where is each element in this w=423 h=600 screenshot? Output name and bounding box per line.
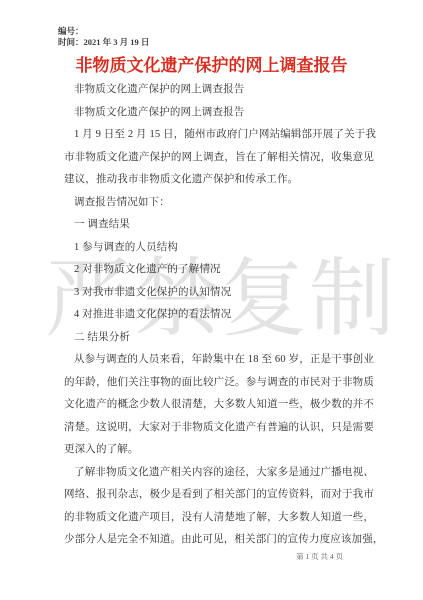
paragraph-line: 的非物质文化遗产项目，没有人清楚地了解，大多数人知道一些，: [64, 507, 374, 530]
paragraph: 一 调查结果: [64, 214, 374, 237]
paragraph-line: 了解非物质文化遗产相关内容的途径，大家多是通过广播电视、: [64, 462, 374, 485]
paragraph-line: 更深入的了解。: [64, 439, 374, 462]
paragraph-line: 非物质文化遗产保护的网上调查报告: [64, 102, 374, 125]
paragraph-line: 建议，推动我市非物质文化遗产保护和传承工作。: [64, 169, 374, 192]
paragraph-line: 市非物质文化遗产保护的网上调查，旨在了解相关情况，收集意见: [64, 147, 374, 170]
paragraph: 调查报告情况如下：: [64, 192, 374, 215]
paragraph: 1 月 9 日至 2 月 15 日，随州市政府门户网站编辑部开展了关于我市非物质…: [64, 124, 374, 192]
paragraph-line: 从参与调查的人员来看，年龄集中在 18 至 60 岁，正是干事创业: [64, 349, 374, 372]
doc-date-line: 时间：2021 年 3 月 19 日: [58, 37, 149, 48]
paragraph-line: 二 结果分析: [64, 327, 374, 350]
doc-body: 非物质文化遗产保护的网上调查报告非物质文化遗产保护的网上调查报告1 月 9 日至…: [64, 79, 374, 552]
paragraph: 非物质文化遗产保护的网上调查报告: [64, 102, 374, 125]
paragraph-line: 4 对推进非遗文化保护的看法情况: [64, 304, 374, 327]
paragraph-line: 的年龄，他们关注事物的面比较广泛。参与调查的市民对于非物质: [64, 372, 374, 395]
paragraph: 二 结果分析: [64, 327, 374, 350]
paragraph-line: 少部分人是完全不知道。由此可见，相关部门的宣传力度应该加强，: [64, 529, 374, 552]
paragraph: 非物质文化遗产保护的网上调查报告: [64, 79, 374, 102]
paragraph: 了解非物质文化遗产相关内容的途径，大家多是通过广播电视、网络、报刊杂志，极少是看…: [64, 462, 374, 552]
paragraph-line: 网络、报刊杂志，极少是看到了相关部门的宣传资料，而对于我市: [64, 484, 374, 507]
doc-meta: 编号： 时间：2021 年 3 月 19 日: [58, 26, 149, 47]
paragraph-line: 2 对非物质文化遗产的了解情况: [64, 259, 374, 282]
doc-title: 非物质文化遗产保护的网上调查报告: [0, 54, 423, 78]
paragraph-line: 清楚。这说明，大家对于非物质文化遗产有普遍的认识，只是需要: [64, 417, 374, 440]
paragraph: 4 对推进非遗文化保护的看法情况: [64, 304, 374, 327]
paragraph: 3 对我市非遗文化保护的认知情况: [64, 282, 374, 305]
paragraph-line: 调查报告情况如下：: [64, 192, 374, 215]
document-page: 严禁复制 编号： 时间：2021 年 3 月 19 日 非物质文化遗产保护的网上…: [0, 0, 423, 600]
paragraph-line: 文化遗产的概念少数人很清楚，大多数人知道一些，极少数的并不: [64, 394, 374, 417]
paragraph-line: 3 对我市非遗文化保护的认知情况: [64, 282, 374, 305]
doc-number-line: 编号：: [58, 26, 149, 37]
paragraph-line: 1 参与调查的人员结构: [64, 237, 374, 260]
page-number-indicator: 第 1 页 共 4 页: [296, 552, 343, 561]
paragraph: 从参与调查的人员来看，年龄集中在 18 至 60 岁，正是干事创业的年龄，他们关…: [64, 349, 374, 462]
paragraph: 1 参与调查的人员结构: [64, 237, 374, 260]
paragraph-line: 非物质文化遗产保护的网上调查报告: [64, 79, 374, 102]
paragraph-line: 一 调查结果: [64, 214, 374, 237]
paragraph-line: 1 月 9 日至 2 月 15 日，随州市政府门户网站编辑部开展了关于我: [64, 124, 374, 147]
paragraph: 2 对非物质文化遗产的了解情况: [64, 259, 374, 282]
